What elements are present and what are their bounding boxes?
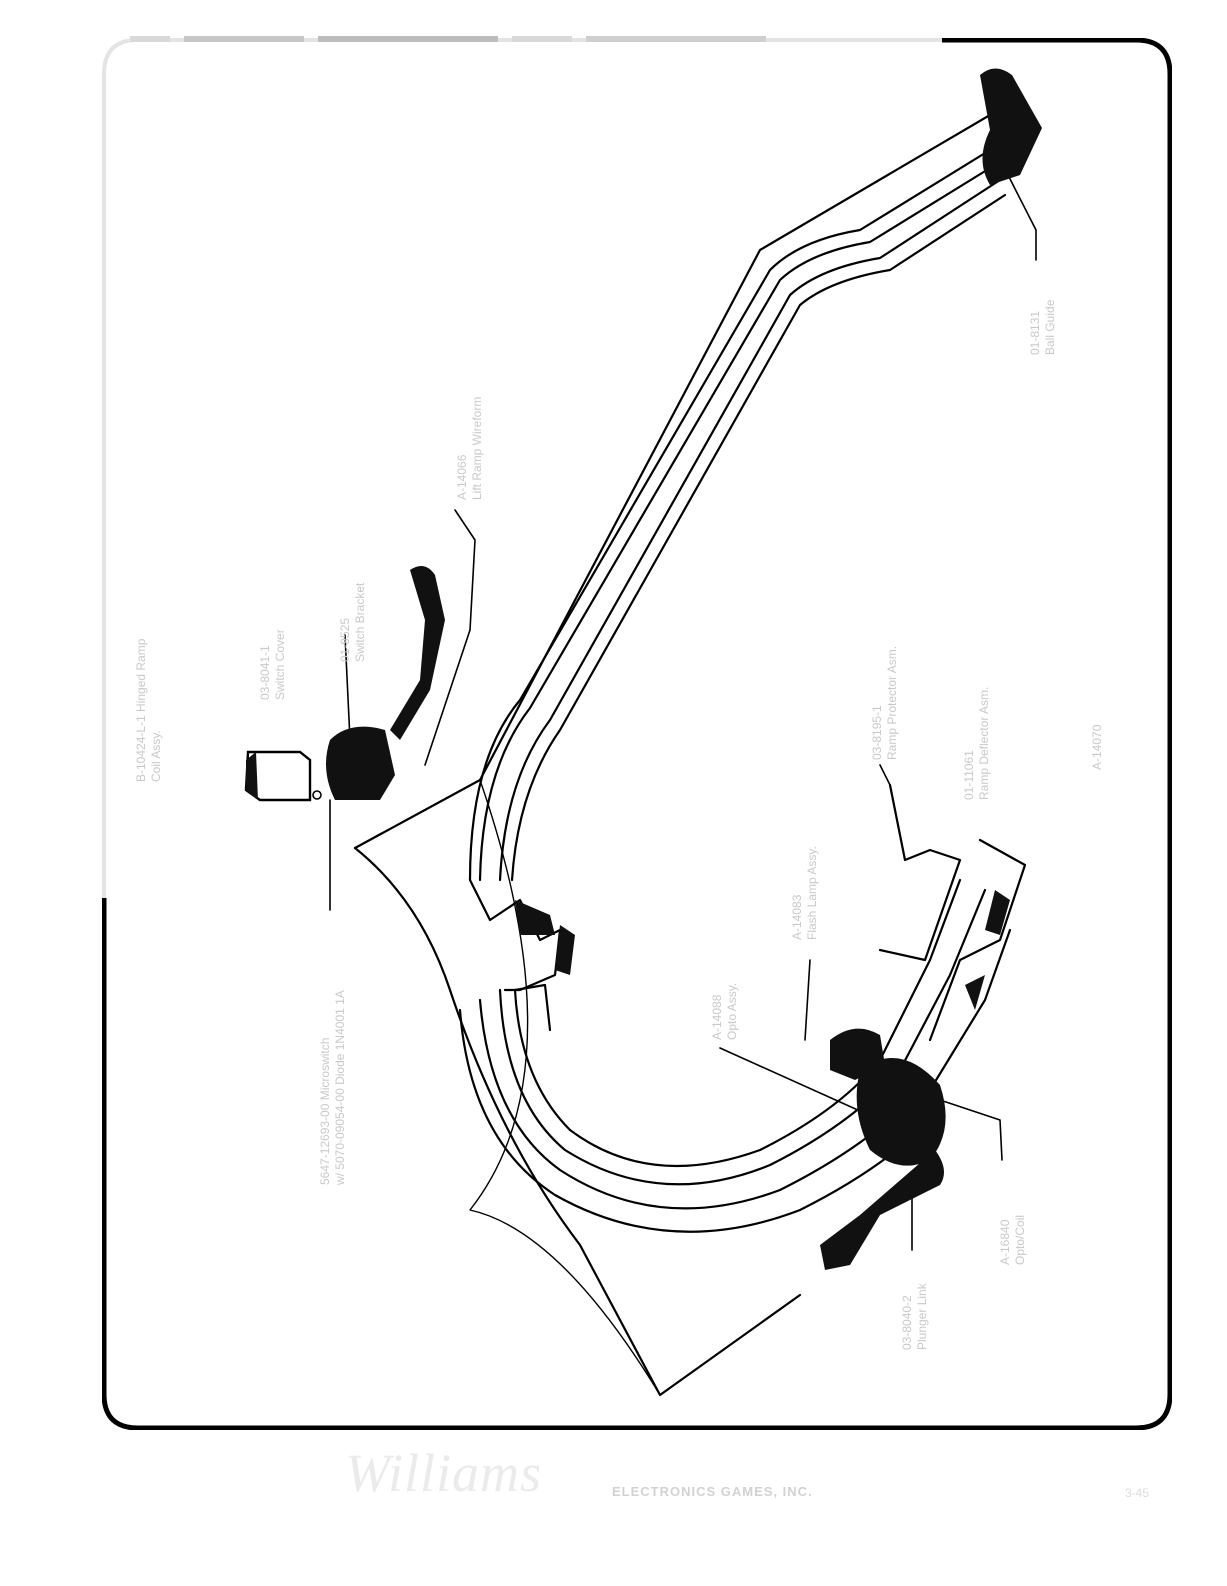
label-opto: A-14088 Opto Assy. [710, 983, 740, 1040]
label-switch-cover: 03-8041-1 Switch Cover [258, 629, 288, 700]
label-line: A-16840 [998, 1215, 1013, 1265]
label-line: Plunger Link [915, 1283, 930, 1350]
label-line: 03-8041-1 [258, 629, 273, 700]
ball-guide-cap [980, 69, 1042, 186]
plunger-link [820, 1150, 944, 1270]
label-line: Switch Bracket [353, 583, 368, 662]
label-ramp-deflector: 01-11061 Ramp Deflector Asm. [962, 687, 992, 800]
label-line: Ball Guide [1043, 300, 1058, 355]
label-line: Opto/Coil [1013, 1215, 1028, 1265]
page-number: 3-45 [1125, 1486, 1149, 1500]
label-line: Lift Ramp Wireform [470, 397, 485, 500]
label-solenoid: A-16840 Opto/Coil [998, 1215, 1028, 1265]
label-line: A-14066 [455, 397, 470, 500]
label-wire-form: A-14066 Lift Ramp Wireform [455, 397, 485, 500]
label-line: 5647-12693-00 Microswitch [318, 990, 333, 1185]
label-switch-bracket: 01-9525 Switch Bracket [338, 583, 368, 662]
label-plunger: 03-8040-2 Plunger Link [900, 1283, 930, 1350]
footer-logo: Williams [345, 1442, 542, 1504]
label-line: 03-8195-1 [870, 646, 885, 760]
label-ramp-cover: 03-8195-1 Ramp Protector Asm. [870, 646, 900, 760]
switch-bracket-assembly [326, 727, 395, 800]
ramp-diagram [0, 0, 1227, 1586]
label-coil-assembly: B-10424-L-1 Hinged Ramp Coil Assy. [134, 639, 164, 782]
label-line: 01-9525 [338, 583, 353, 662]
label-line: Flash Lamp Assy. [805, 846, 820, 940]
label-switch-wire: 5647-12693-00 Microswitch w/ 5070-09054-… [318, 990, 348, 1185]
deflector-pivot [515, 900, 555, 935]
label-line: Ramp Protector Asm. [885, 646, 900, 760]
solenoid-coil [857, 1058, 946, 1166]
label-line: A-14070 [1090, 725, 1105, 770]
label-line: Ramp Deflector Asm. [977, 687, 992, 800]
screw-icon [313, 791, 321, 799]
label-line: 03-8040-2 [900, 1283, 915, 1350]
label-line: 01-8131 [1028, 300, 1043, 355]
label-flipper: A-14070 [1090, 725, 1105, 770]
label-flash-lamp: A-14083 Flash Lamp Assy. [790, 846, 820, 940]
label-ball-guide: 01-8131 Ball Guide [1028, 300, 1058, 355]
base-plate-edge [355, 848, 800, 1395]
footer-company: ELECTRONICS GAMES, INC. [612, 1484, 813, 1499]
label-line: 01-11061 [962, 687, 977, 800]
label-line: B-10424-L-1 Hinged Ramp [134, 639, 149, 782]
harness-connector [390, 566, 445, 740]
label-line: Opto Assy. [725, 983, 740, 1040]
label-line: w/ 5070-09054-00 Diode 1N4001 1A [333, 990, 348, 1185]
label-line: Switch Cover [273, 629, 288, 700]
label-line: A-14083 [790, 846, 805, 940]
components [326, 69, 1042, 1271]
label-line: A-14088 [710, 983, 725, 1040]
label-line: Coil Assy. [149, 639, 164, 782]
